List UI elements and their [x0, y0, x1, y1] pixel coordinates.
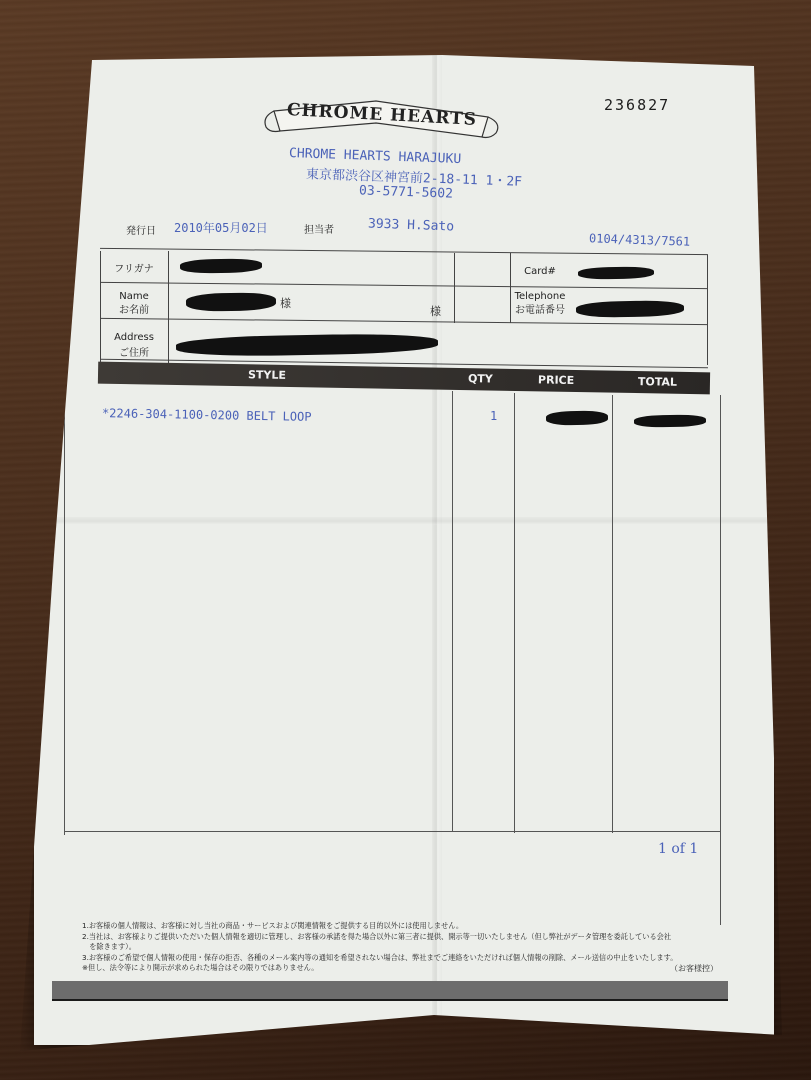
header-price: PRICE — [538, 373, 574, 387]
name-label-jp: お名前 — [100, 304, 168, 317]
name-redaction — [186, 292, 276, 312]
table-right-border — [720, 395, 721, 925]
address-label-jp: ご住所 — [100, 347, 168, 360]
notice-line-4: 3.お客様のご希望で個人情報の使用・保存の拒否、各種のメール案内等の通知を希望さ… — [82, 953, 722, 964]
footer-bar — [52, 981, 728, 1001]
store-telephone: 03-5771-5602 — [359, 183, 453, 201]
furigana-label: フリガナ — [100, 263, 168, 276]
item-qty: 1 — [490, 409, 497, 423]
notice-line-5: ※但し、法令等により開示が求められた場合はその限りではありません。 — [82, 963, 722, 974]
notice-line-1: 1.お客様の個人情報は、お客様に対し当社の商品・サービスおよび関連情報をご提供す… — [82, 921, 722, 932]
telephone-label-en: Telephone — [510, 290, 570, 303]
telephone-label-jp: お電話番号 — [510, 304, 570, 317]
privacy-notice: 1.お客様の個人情報は、お客様に対し当社の商品・サービスおよび関連情報をご提供す… — [82, 921, 722, 974]
customer-info-table: フリガナ Name お名前 様 様 Address ご住所 Card# Tele… — [100, 245, 708, 365]
telephone-redaction — [576, 300, 684, 318]
address-redaction — [176, 333, 438, 358]
table-bottom-border — [64, 831, 720, 832]
address-label-en: Address — [100, 331, 168, 344]
brand-logo-banner: CHROME HEARTS — [256, 97, 506, 141]
customer-copy-label: （お客様控） — [670, 963, 718, 974]
name-label-en: Name — [100, 290, 168, 303]
staff-value: 3933 H.Sato — [368, 217, 455, 235]
item-total-redaction — [634, 414, 706, 427]
total-column-divider — [612, 395, 613, 833]
notice-line-2: 2.当社は、お客様よりご提供いただいた個人情報を適切に管理し、お客様の承諾を得た… — [82, 932, 722, 943]
price-column-divider — [514, 393, 515, 833]
vertical-fold-crease — [432, 55, 442, 1045]
qty-column-divider — [452, 391, 453, 831]
name-honorific: 様 — [430, 303, 441, 319]
issue-date-value: 2010年05月02日 — [174, 219, 268, 236]
card-redaction — [578, 266, 654, 279]
receipt-paper: 236827 CHROME HEARTS CHROME HEARTS HARAJ… — [34, 55, 774, 1045]
notice-line-3: を除きます）。 — [82, 942, 722, 953]
page-number: 1 of 1 — [658, 841, 698, 857]
staff-label: 担当者 — [304, 221, 334, 236]
item-style: *2246-304-1100-0200 BELT LOOP — [102, 406, 312, 424]
card-label: Card# — [510, 265, 570, 278]
header-qty: QTY — [468, 372, 493, 385]
header-total: TOTAL — [638, 375, 677, 389]
serial-number: 236827 — [604, 96, 670, 114]
furigana-redaction — [180, 258, 262, 273]
issue-date-label: 発行日 — [126, 222, 156, 237]
table-left-border — [64, 395, 65, 835]
horizontal-fold-crease — [34, 517, 774, 525]
item-price-redaction — [546, 410, 608, 425]
name-honorific-printed: 様 — [280, 295, 291, 311]
header-style: STYLE — [248, 368, 286, 382]
